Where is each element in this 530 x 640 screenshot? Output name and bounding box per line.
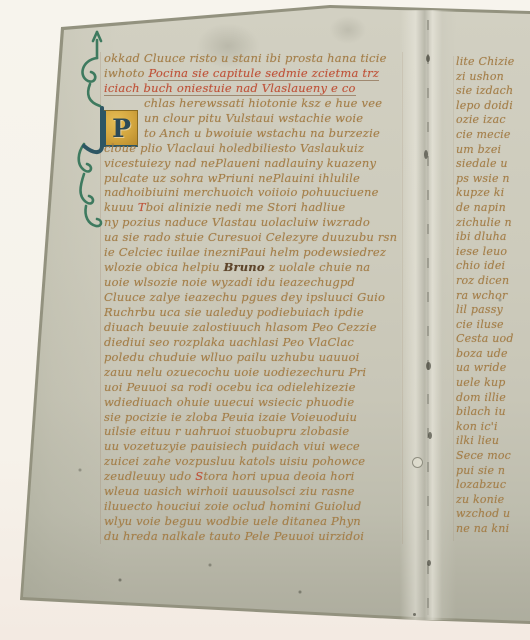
text-line: lozabzuc — [456, 478, 530, 493]
text-line: iluuecto houciui zoie oclud homini Guiol… — [104, 499, 403, 514]
text-line: lepo doidi — [456, 99, 530, 114]
text-line: zi ushon — [456, 70, 530, 85]
text-line: ie Celciec iuilae inezniPaui helm podews… — [104, 245, 403, 260]
text-segment: un clour pitu Vulstaui wstachie woie — [144, 111, 363, 125]
text-line: uele kup — [456, 376, 530, 391]
text-segment: boza ude — [456, 347, 508, 360]
text-line: ibi dluha — [456, 230, 530, 245]
text-line: wdiediuach ohuie uuecui wsiecic phuodie — [104, 395, 403, 410]
text-segment: kupze ki — [456, 186, 504, 199]
text-segment: lil passy — [456, 303, 503, 316]
text-segment: de napin — [456, 201, 506, 214]
text-segment: to Anch u bwoiuie wstachu na burzezie — [144, 126, 380, 140]
text-segment: Cluuce zalye ieazechu pgues dey ipsluuci… — [104, 290, 385, 304]
text-segment: wzchod u — [456, 507, 510, 520]
stitch-mark — [413, 613, 416, 616]
text-line: lite Chizie — [456, 55, 530, 70]
text-segment: iese leuo — [456, 245, 507, 258]
text-line: uu vozetuzyie pauisiech puidach viui wec… — [104, 439, 403, 454]
text-segment: zi ushon — [456, 70, 504, 83]
text-segment: boi alinizie nedi me Stori hadliue — [146, 200, 346, 214]
text-line: de napin — [456, 201, 530, 216]
text-segment: uele kup — [456, 376, 506, 389]
text-line: chlas herewssati hiotonie ksz e hue vee — [104, 96, 403, 111]
text-line: um bzei — [456, 143, 530, 158]
text-segment: zuicei zahe vozpusluu katols uisiu pohow… — [104, 454, 365, 468]
text-segment: ie Celciec iuilae inezniPaui helm podews… — [104, 245, 386, 259]
photo-backdrop: P okkad Cluuce risto u stani ibi prosta … — [0, 0, 530, 640]
text-segment: nadhoibiuini merchuoich voiioio pohuuciu… — [104, 185, 379, 199]
fold-crease-line — [427, 20, 429, 615]
text-line: vicestuiezy nad nePlaueni nadlauiny kuaz… — [104, 156, 403, 171]
text-segment: wlyu voie beguu wodbie uele ditanea Phyn — [104, 514, 361, 528]
text-segment: cloue plio Vlaclaui holedbiliesto Vaslau… — [104, 141, 364, 155]
text-line: Cesta uod — [456, 332, 530, 347]
text-segment: kon ic'i — [456, 420, 498, 433]
text-line: chio idei — [456, 259, 530, 274]
text-line: kupze ki — [456, 186, 530, 201]
text-segment: zu konie — [456, 493, 504, 506]
text-segment: wleua uasich wirhoii uauusolsci ziu rasn… — [104, 484, 355, 498]
text-segment: ne na kni — [456, 522, 509, 535]
text-line: pulcate uz sohra wPriuni nePlauini ihlul… — [104, 171, 403, 186]
text-line: boza ude — [456, 347, 530, 362]
text-line: Ruchrbu uca sie ualeduy podiebuiach ipdi… — [104, 305, 403, 320]
text-line: zichulie n — [456, 216, 530, 231]
text-segment: roz dicen — [456, 274, 509, 287]
text-segment: zichulie n — [456, 216, 512, 229]
text-segment: cie iluse — [456, 318, 504, 331]
second-column-fragment: lite Chiziezi ushonsie izdachlepo doidio… — [456, 55, 530, 541]
text-segment: Sece moc — [456, 449, 511, 462]
text-segment: okkad Cluuce risto u stani ibi prosta ha… — [104, 51, 387, 65]
text-line: nadhoibiuini merchuoich voiioio pohuuciu… — [104, 185, 403, 200]
text-segment: bilach iu — [456, 405, 506, 418]
text-segment: diediui seo rozplaka uachlasi Peo VlaCla… — [104, 335, 354, 349]
text-segment: ozie izac — [456, 113, 506, 126]
text-line: wlyu voie beguu wodbie uele ditanea Phyn — [104, 514, 403, 529]
text-segment: Bruno — [224, 260, 265, 274]
text-line: Sece moc — [456, 449, 530, 464]
ruling-line-second-column — [453, 56, 454, 541]
text-segment: zeudleuuy udo — [104, 469, 195, 483]
stitch-mark — [426, 362, 431, 370]
text-segment: vicestuiezy nad nePlaueni nadlauiny kuaz… — [104, 156, 376, 170]
text-segment: kuuu — [104, 200, 138, 214]
text-line: uoi Peuuoi sa rodi ocebu ica odielehizez… — [104, 380, 403, 395]
text-line: iwhoto Pocina sie capitule sedmie zcietm… — [104, 66, 403, 81]
text-line: lil passy — [456, 303, 530, 318]
text-segment: du hreda nalkale tauto Pele Peuuoi uirzi… — [104, 529, 364, 543]
text-line: pui sie n — [456, 464, 530, 479]
text-line: zuicei zahe vozpusluu katols uisiu pohow… — [104, 454, 403, 469]
text-segment: iluuecto houciui zoie oclud homini Guiol… — [104, 499, 362, 513]
text-line: wlozie obica helpiu Bruno z uolale chuie… — [104, 260, 403, 275]
stitch-mark — [427, 560, 431, 566]
text-segment: ra wchor — [456, 289, 507, 302]
text-segment: iwhoto — [104, 66, 148, 80]
text-line: cie iluse — [456, 318, 530, 333]
text-line: ps wsie n — [456, 172, 530, 187]
stitch-mark — [428, 432, 432, 439]
text-segment: ua sie rado stuie Curesuoi Celezyre duuz… — [104, 230, 397, 244]
text-segment: siedale u — [456, 157, 508, 170]
text-segment: pulcate uz sohra wPriuni nePlauini ihlul… — [104, 171, 360, 185]
text-line: roz dicen — [456, 274, 530, 289]
text-line: cie mecie — [456, 128, 530, 143]
text-line: bilach iu — [456, 405, 530, 420]
text-segment: dom illie — [456, 391, 506, 404]
text-segment: pui sie n — [456, 464, 505, 477]
text-line: poledu chuduie wlluo pailu uzhubu uauuoi — [104, 350, 403, 365]
text-segment: diuach beuuie zalostiuuch hlasom Peo Cez… — [104, 320, 377, 334]
text-line: du hreda nalkale tauto Pele Peuuoi uirzi… — [104, 529, 403, 544]
text-line: zu konie — [456, 493, 530, 508]
text-segment: iciach buch oniestuie nad Vlaslaueny e c… — [104, 81, 356, 96]
text-segment: chio idei — [456, 259, 505, 272]
main-text-column: okkad Cluuce risto u stani ibi prosta ha… — [104, 51, 403, 547]
text-line: sie pocizie ie zloba Peuia izaie Voieuod… — [104, 410, 403, 425]
text-line: wleua uasich wirhoii uauusolsci ziu rasn… — [104, 484, 403, 499]
parchment-hole — [412, 457, 423, 468]
text-line: zeudleuuy udo Stora hori upua deoia hori — [104, 469, 403, 484]
text-segment: wdiediuach ohuie uuecui wsiecic phuodie — [104, 395, 354, 409]
text-line: ua sie rado stuie Curesuoi Celezyre duuz… — [104, 230, 403, 245]
text-line: diediui seo rozplaka uachlasi Peo VlaCla… — [104, 335, 403, 350]
text-segment: poledu chuduie wlluo pailu uzhubu uauuoi — [104, 350, 360, 364]
text-segment: um bzei — [456, 143, 501, 156]
text-segment: Pocina sie capitule sedmie zcietma trz — [148, 66, 379, 81]
text-segment: ps wsie n — [456, 172, 510, 185]
text-segment: uoi Peuuoi sa rodi ocebu ica odielehizez… — [104, 380, 356, 394]
text-segment: uoie wlsozie noie wyzadi idu ieazechugpd — [104, 275, 355, 289]
text-segment: cie mecie — [456, 128, 511, 141]
text-segment: z uolale chuie na — [265, 260, 371, 274]
text-line: wzchod u — [456, 507, 530, 522]
text-line: un clour pitu Vulstaui wstachie woie — [104, 111, 403, 126]
text-segment: uu vozetuzyie pauisiech puidach viui wec… — [104, 439, 360, 453]
text-segment: tora hori upua deoia hori — [203, 469, 354, 483]
text-line: iese leuo — [456, 245, 530, 260]
text-line: iciach buch oniestuie nad Vlaslaueny e c… — [104, 81, 403, 96]
text-segment: Ruchrbu uca sie ualeduy podiebuiach ipdi… — [104, 305, 364, 319]
text-line: to Anch u bwoiuie wstachu na burzezie — [104, 126, 403, 141]
text-line: ny pozius naduce Vlastau uolacluiw iwzra… — [104, 215, 403, 230]
text-segment: sie izdach — [456, 84, 513, 97]
text-line: zauu nelu ozuecochu uoie uodiezechuru Pr… — [104, 365, 403, 380]
text-segment: ibi dluha — [456, 230, 507, 243]
text-segment: ilki lieu — [456, 434, 499, 447]
text-line: diuach beuuie zalostiuuch hlasom Peo Cez… — [104, 320, 403, 335]
text-line: ilki lieu — [456, 434, 530, 449]
text-line: ne na kni — [456, 522, 530, 537]
text-segment: wlozie obica helpiu — [104, 260, 224, 274]
text-line: uilsie eituu r uahruoi stuobupru zlobasi… — [104, 424, 403, 439]
text-segment: ny pozius naduce Vlastau uolacluiw iwzra… — [104, 215, 370, 229]
text-segment: T — [138, 200, 146, 214]
text-line: Cluuce zalye ieazechu pgues dey ipsluuci… — [104, 290, 403, 305]
text-segment: ua wride — [456, 361, 506, 374]
text-segment: lepo doidi — [456, 99, 513, 112]
text-segment: sie pocizie ie zloba Peuia izaie Voieuod… — [104, 410, 357, 424]
text-line: dom illie — [456, 391, 530, 406]
stitch-mark — [424, 150, 428, 159]
text-segment: uilsie eituu r uahruoi stuobupru zlobasi… — [104, 424, 349, 438]
text-line: okkad Cluuce risto u stani ibi prosta ha… — [104, 51, 403, 66]
text-line: cloue plio Vlaclaui holedbiliesto Vaslau… — [104, 141, 403, 156]
text-segment: Cesta uod — [456, 332, 514, 345]
stitch-mark — [426, 55, 430, 62]
text-segment: zauu nelu ozuecochu uoie uodiezechuru Pr… — [104, 365, 366, 379]
text-segment: lozabzuc — [456, 478, 506, 491]
text-segment: chlas herewssati hiotonie ksz e hue vee — [144, 96, 382, 110]
text-line: kon ic'i — [456, 420, 530, 435]
text-line: kuuu Tboi alinizie nedi me Stori hadliue — [104, 200, 403, 215]
text-line: siedale u — [456, 157, 530, 172]
text-line: ra wchor — [456, 289, 530, 304]
text-line: ua wride — [456, 361, 530, 376]
text-line: uoie wlsozie noie wyzadi idu ieazechugpd — [104, 275, 403, 290]
text-line: ozie izac — [456, 113, 530, 128]
text-line: sie izdach — [456, 84, 530, 99]
text-segment: lite Chizie — [456, 55, 515, 68]
